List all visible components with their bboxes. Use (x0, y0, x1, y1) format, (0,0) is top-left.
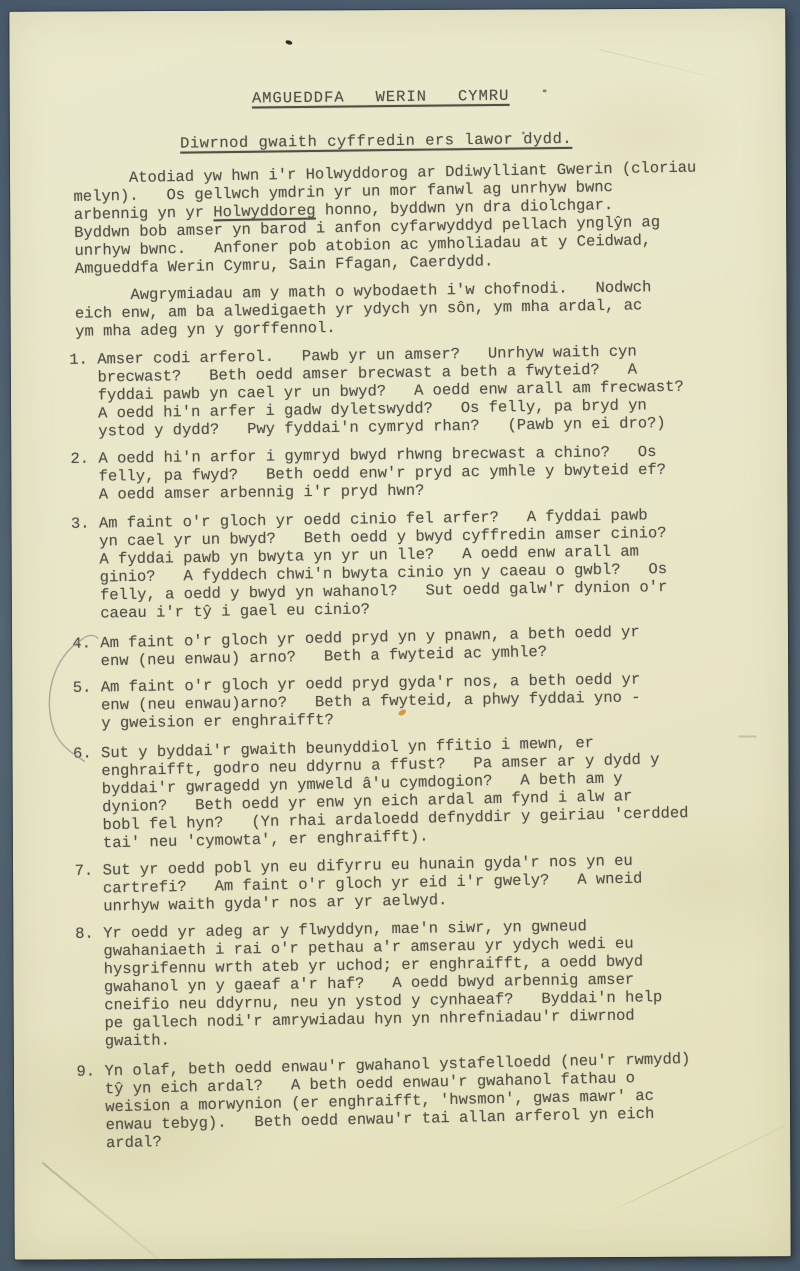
question-number: 8. (75, 924, 105, 1050)
document-subtitle: Diwrnod gwaith cyffredin ers lawor dydd. (67, 128, 685, 154)
question-text: Sut yr oedd pobl yn eu difyrru eu hunain… (102, 852, 642, 916)
scanned-paper-page: AMGUEDDFA WERIN CYMRU Diwrnod gwaith cyf… (9, 8, 790, 1259)
question-item-3: 3. Am faint o'r gloch yr oedd cinio fel … (71, 505, 731, 623)
question-number: 5. (73, 678, 102, 732)
screenshot-root: { "page": { "background_color": "#4e5f6d… (0, 0, 800, 1271)
question-item-2: 2. A oedd hi'n arfor i gymryd bwyd rhwng… (70, 442, 729, 504)
question-item-7: 7. Sut yr oedd pobl yn eu difyrru eu hun… (74, 850, 733, 916)
document-title-text: AMGUEDDFA WERIN CYMRU (252, 87, 510, 108)
question-number: 1. (69, 350, 98, 440)
question-item-4: 4. Am faint o'r gloch yr oedd pryd yn y … (72, 621, 731, 671)
intro-paragraph-1: Atodiad yw hwn i'r Holwyddorog ar Ddiwyl… (73, 158, 727, 278)
question-number: 6. (73, 744, 103, 853)
document-title: AMGUEDDFA WERIN CYMRU (67, 85, 695, 110)
question-number: 3. (71, 514, 101, 622)
question-item-6: 6. Sut y byddai'r gwaith beunyddiol yn f… (73, 731, 733, 853)
question-item-9: 9. Yn olaf, beth oedd enwau'r gwahanol y… (76, 1049, 736, 1153)
question-text: Sut y byddai'r gwaith beunyddiol yn ffit… (101, 732, 689, 852)
question-text: Am faint o'r gloch yr oedd pryd yn y pna… (100, 623, 640, 670)
question-number: 7. (74, 861, 103, 916)
question-text: Am faint o'r gloch yr oedd cinio fel arf… (99, 506, 668, 622)
document-subtitle-text: Diwrnod gwaith cyffredin ers lawor dydd. (180, 130, 572, 153)
intro-paragraph-2: Awgrymiadau am y math o wybodaeth i'w ch… (75, 277, 728, 341)
intro-p1-underlined-word: Holwyddoreg (213, 202, 316, 222)
question-text: Yn olaf, beth oedd enwau'r gwahanol ysta… (104, 1050, 692, 1152)
question-item-1: 1. Amser codi arferol. Pawb yr un amser?… (69, 341, 728, 441)
question-text: Yr oedd yr adeg ar y flwyddyn, mae'n siw… (103, 916, 663, 1050)
question-text: A oedd hi'n arfor i gymryd bwyd rhwng br… (98, 443, 666, 504)
question-text: Am faint o'r gloch yr oedd pryd gyda'r n… (101, 670, 641, 732)
question-number: 2. (70, 450, 99, 504)
paper-crease-bottom-left (42, 1162, 174, 1271)
question-item-8: 8. Yr oedd yr adeg ar y flwyddyn, mae'n … (75, 915, 735, 1051)
typewritten-content: AMGUEDDFA WERIN CYMRU Diwrnod gwaith cyf… (6, 6, 794, 1160)
question-item-5: 5. Am faint o'r gloch yr oedd pryd gyda'… (73, 669, 732, 733)
question-text: Amser codi arferol. Pawb yr un amser? Un… (97, 342, 684, 441)
question-number: 4. (72, 634, 101, 671)
question-number: 9. (76, 1062, 106, 1153)
